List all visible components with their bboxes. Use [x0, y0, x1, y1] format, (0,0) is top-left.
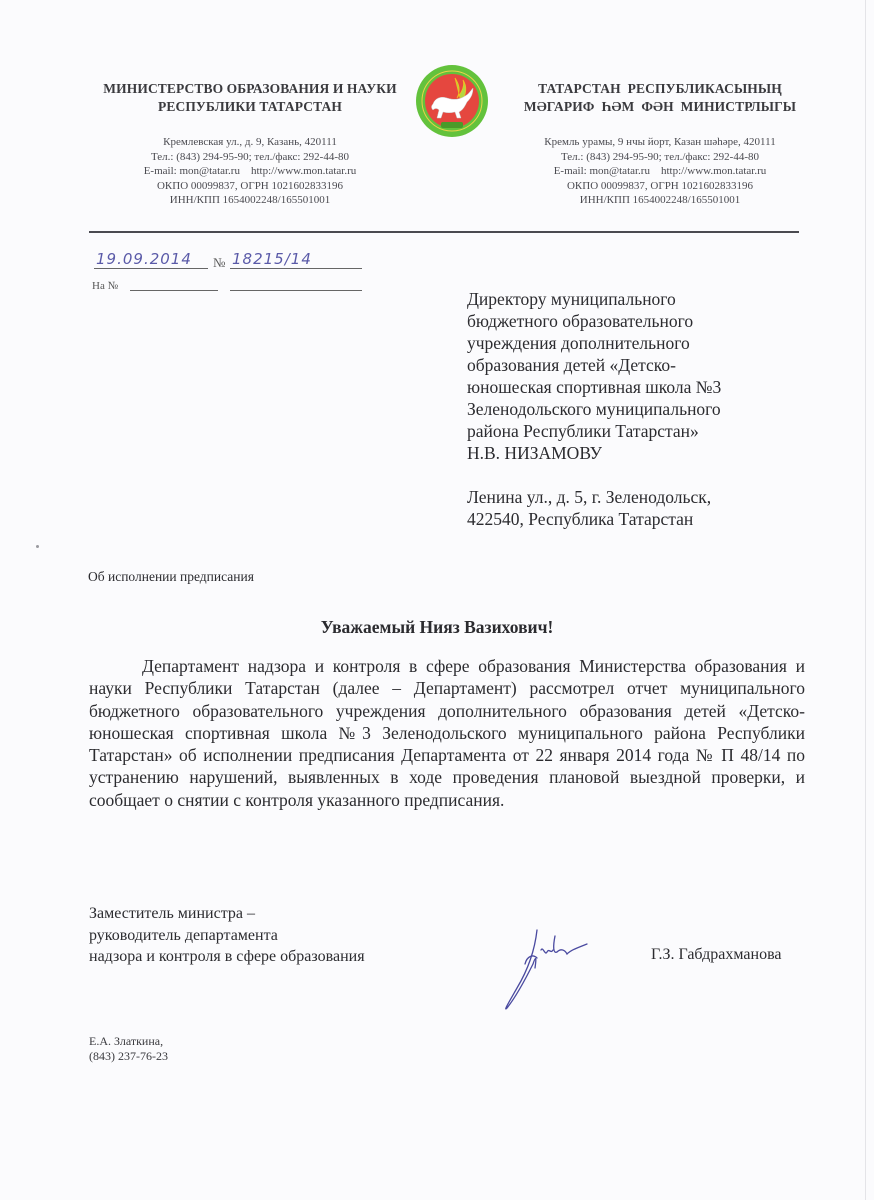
subject-line: Об исполнении предписания — [88, 569, 254, 585]
header-left-phone: Тел.: (843) 294-95-90; тел./факс: 292-44… — [90, 150, 410, 165]
reply-to-number-line — [230, 290, 362, 291]
signer-position: Заместитель министра – руководитель депа… — [89, 903, 365, 968]
header-right-inn-kpp: ИНН/КПП 1654002248/165501001 — [500, 193, 820, 208]
addressee-line: учреждения дополнительного — [467, 332, 807, 354]
executor-contact: Е.А. Златкина, (843) 237-76-23 — [89, 1034, 168, 1064]
signer-position-line: Заместитель министра – — [89, 903, 365, 925]
executor-phone: (843) 237-76-23 — [89, 1049, 168, 1064]
header-right-email-web: E-mail: mon@tatar.ru http://www.mon.tata… — [500, 164, 820, 179]
addressee-address-line: Ленина ул., д. 5, г. Зеленодольск, — [467, 486, 807, 508]
body-paragraph: Департамент надзора и контроля в сфере о… — [89, 655, 805, 811]
header-right: ТАТАРСТАН РЕСПУБЛИКАСЫНЫҢ МӘГАРИФ ҺӘМ ФӘ… — [500, 80, 820, 208]
reply-to-date-line — [130, 290, 218, 291]
header-left-title-line1: МИНИСТЕРСТВО ОБРАЗОВАНИЯ И НАУКИ — [90, 80, 410, 98]
scan-speck — [36, 545, 39, 548]
addressee-line: Зеленодольского муниципального — [467, 398, 807, 420]
page-edge — [865, 0, 866, 1200]
signer-position-line: надзора и контроля в сфере образования — [89, 946, 365, 968]
number-underline — [230, 268, 362, 269]
header-left-title-line2: РЕСПУБЛИКИ ТАТАРСТАН — [90, 98, 410, 116]
header-right-okpo-ogrn: ОКПО 00099837, ОГРН 1021602833196 — [500, 179, 820, 194]
signer-name: Г.З. Габдрахманова — [651, 946, 782, 964]
header-left-email-web: E-mail: mon@tatar.ru http://www.mon.tata… — [90, 164, 410, 179]
number-sign: № — [213, 255, 225, 271]
addressee-name: Н.В. НИЗАМОВУ — [467, 442, 807, 464]
greeting: Уважаемый Нияз Вазихович! — [0, 617, 874, 638]
addressee-line: бюджетного образовательного — [467, 310, 807, 332]
reply-to-label: На № — [92, 280, 118, 292]
addressee-block: Директору муниципального бюджетного обра… — [467, 288, 807, 530]
executor-name: Е.А. Златкина, — [89, 1034, 168, 1049]
header-right-title-line2: МӘГАРИФ ҺӘМ ФӘН МИНИСТРЛЫГЫ — [500, 98, 820, 116]
header-left-okpo-ogrn: ОКПО 00099837, ОГРН 1021602833196 — [90, 179, 410, 194]
signer-position-line: руководитель департамента — [89, 925, 365, 947]
addressee-line: Директору муниципального — [467, 288, 807, 310]
addressee-line: юношеская спортивная школа №3 — [467, 376, 807, 398]
addressee-line: района Республики Татарстан» — [467, 420, 807, 442]
addressee-line: образования детей «Детско- — [467, 354, 807, 376]
tatarstan-emblem-icon — [415, 64, 489, 138]
outgoing-date: 19.09.2014 — [96, 250, 192, 268]
handwritten-signature-icon — [495, 928, 605, 1018]
header-right-title-line1: ТАТАРСТАН РЕСПУБЛИКАСЫНЫҢ — [500, 80, 820, 98]
header-left: МИНИСТЕРСТВО ОБРАЗОВАНИЯ И НАУКИ РЕСПУБЛ… — [90, 80, 410, 208]
letter-body: Департамент надзора и контроля в сфере о… — [89, 655, 805, 811]
header-right-address: Кремль урамы, 9 нчы йорт, Казан шәһәре, … — [500, 135, 820, 150]
date-underline — [94, 268, 208, 269]
outgoing-number: 18215/14 — [232, 250, 312, 268]
addressee-address-line: 422540, Республика Татарстан — [467, 508, 807, 530]
header-divider — [89, 231, 799, 233]
header-left-address: Кремлевская ул., д. 9, Казань, 420111 — [90, 135, 410, 150]
header-left-inn-kpp: ИНН/КПП 1654002248/165501001 — [90, 193, 410, 208]
header-right-phone: Тел.: (843) 294-95-90; тел./факс: 292-44… — [500, 150, 820, 165]
